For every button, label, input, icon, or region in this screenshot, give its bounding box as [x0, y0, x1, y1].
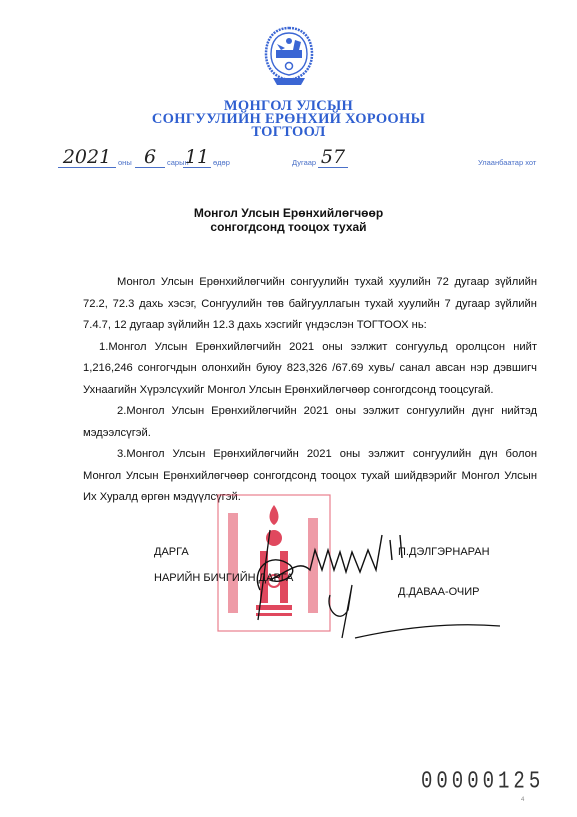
header-line-3: ТОГТООЛ	[0, 126, 577, 139]
date-day: 11	[183, 148, 211, 168]
preamble-paragraph: Монгол Улсын Ерөнхийлөгчийн сонгуулийн т…	[83, 272, 537, 337]
registration-number: 00000125	[421, 767, 544, 795]
place-label: Улаанбаатар хот	[478, 158, 536, 167]
chair-name: П.ДЭЛГЭРНАРАН	[398, 546, 490, 558]
page-mark: 4	[521, 797, 524, 803]
decree-number: 57	[318, 148, 348, 168]
chair-title: ДАРГА	[154, 546, 189, 558]
date-year: 2021	[58, 148, 116, 168]
date-number-line: 2021 оны 6 сарын 11 өдөр Дугаар 57 Улаан…	[0, 148, 577, 172]
day-label: өдөр	[213, 158, 230, 167]
title-line-2: сонгогдсонд тооцох тухай	[0, 220, 577, 234]
state-emblem-icon	[263, 26, 315, 88]
date-month: 6	[135, 148, 165, 168]
item-paragraph-2: 2.Монгол Улсын Ерөнхийлөгчийн 2021 оны э…	[83, 401, 537, 444]
secretary-title: НАРИЙН БИЧГИЙН ДАРГА	[154, 572, 293, 584]
secretary-name: Д.ДАВАА-ОЧИР	[398, 586, 480, 598]
title-line-1: Монгол Улсын Ерөнхийлөгчөөр	[0, 206, 577, 220]
document-title: Монгол Улсын Ерөнхийлөгчөөр сонгогдсонд …	[0, 206, 577, 234]
item-paragraph-1: 1.Монгол Улсын Ерөнхийлөгчийн 2021 оны э…	[83, 337, 537, 402]
year-label: оны	[118, 158, 132, 167]
document-body: Монгол Улсын Ерөнхийлөгчийн сонгуулийн т…	[83, 272, 537, 509]
number-label: Дугаар	[292, 158, 316, 167]
